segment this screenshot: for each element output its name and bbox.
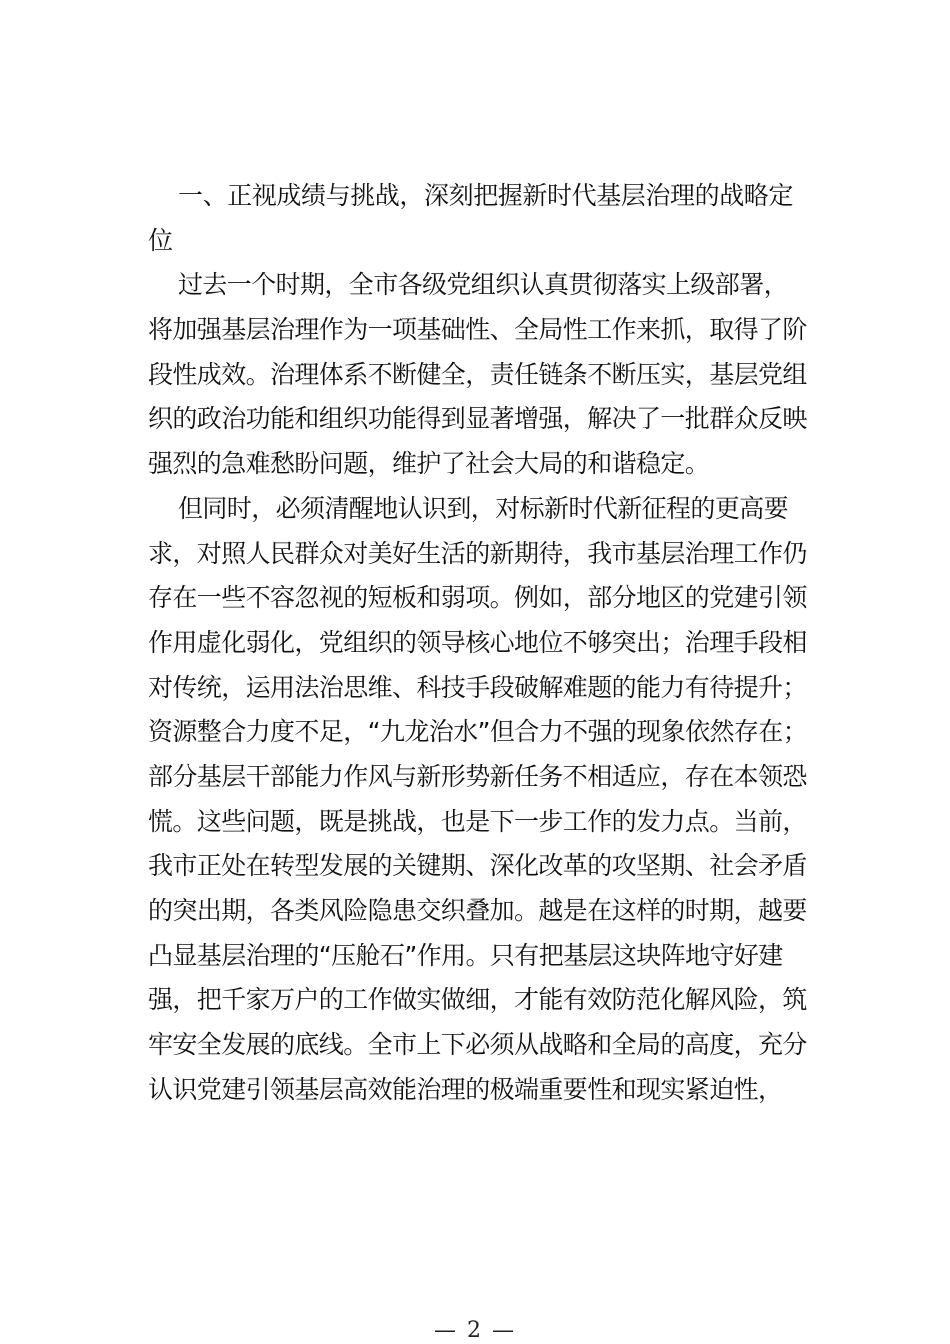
paragraph-line: 认识党建引领基层高效能治理的极端重要性和现实紧迫性， bbox=[148, 1068, 820, 1113]
paragraph-achievements: 过去一个时期，全市各级党组织认真贯彻落实上级部署， 将加强基层治理作为一项基础性… bbox=[148, 263, 820, 486]
paragraph-line: 存在一些不容忽视的短板和弱项。例如，部分地区的党建引领 bbox=[148, 576, 820, 621]
paragraph-line: 将加强基层治理作为一项基础性、全局性工作来抓，取得了阶 bbox=[148, 308, 820, 353]
section-heading: 一、正视成绩与挑战，深刻把握新时代基层治理的战略定 位 bbox=[148, 174, 820, 263]
paragraph-line: 对传统，运用法治思维、科技手段破解难题的能力有待提升； bbox=[148, 666, 820, 711]
paragraph-line: 强，把千家万户的工作做实做细，才能有效防范化解风险，筑 bbox=[148, 978, 820, 1023]
heading-line: 一、正视成绩与挑战，深刻把握新时代基层治理的战略定 bbox=[148, 174, 820, 219]
paragraph-line: 资源整合力度不足，“九龙治水”但合力不强的现象依然存在； bbox=[148, 710, 820, 755]
page-number: — 2 — bbox=[0, 1318, 950, 1343]
document-page: 一、正视成绩与挑战，深刻把握新时代基层治理的战略定 位 过去一个时期，全市各级党… bbox=[0, 0, 950, 1344]
paragraph-line: 段性成效。治理体系不断健全，责任链条不断压实，基层党组 bbox=[148, 353, 820, 398]
paragraph-line: 牢安全发展的底线。全市上下必须从战略和全局的高度，充分 bbox=[148, 1023, 820, 1068]
paragraph-line: 作用虚化弱化，党组织的领导核心地位不够突出；治理手段相 bbox=[148, 621, 820, 666]
paragraph-line: 求，对照人民群众对美好生活的新期待，我市基层治理工作仍 bbox=[148, 532, 820, 577]
paragraph-line: 的突出期，各类风险隐患交织叠加。越是在这样的时期，越要 bbox=[148, 889, 820, 934]
heading-line: 位 bbox=[148, 219, 820, 264]
paragraph-line: 强烈的急难愁盼问题，维护了社会大局的和谐稳定。 bbox=[148, 442, 820, 487]
paragraph-line: 我市正处在转型发展的关键期、深化改革的攻坚期、社会矛盾 bbox=[148, 844, 820, 889]
document-body: 一、正视成绩与挑战，深刻把握新时代基层治理的战略定 位 过去一个时期，全市各级党… bbox=[148, 174, 820, 1112]
paragraph-line: 但同时，必须清醒地认识到，对标新时代新征程的更高要 bbox=[148, 487, 820, 532]
paragraph-line: 过去一个时期，全市各级党组织认真贯彻落实上级部署， bbox=[148, 263, 820, 308]
paragraph-line: 慌。这些问题，既是挑战，也是下一步工作的发力点。当前， bbox=[148, 800, 820, 845]
paragraph-line: 凸显基层治理的“压舱石”作用。只有把基层这块阵地守好建 bbox=[148, 934, 820, 979]
paragraph-line: 织的政治功能和组织功能得到显著增强，解决了一批群众反映 bbox=[148, 397, 820, 442]
paragraph-line: 部分基层干部能力作风与新形势新任务不相适应，存在本领恐 bbox=[148, 755, 820, 800]
paragraph-challenges: 但同时，必须清醒地认识到，对标新时代新征程的更高要 求，对照人民群众对美好生活的… bbox=[148, 487, 820, 1113]
